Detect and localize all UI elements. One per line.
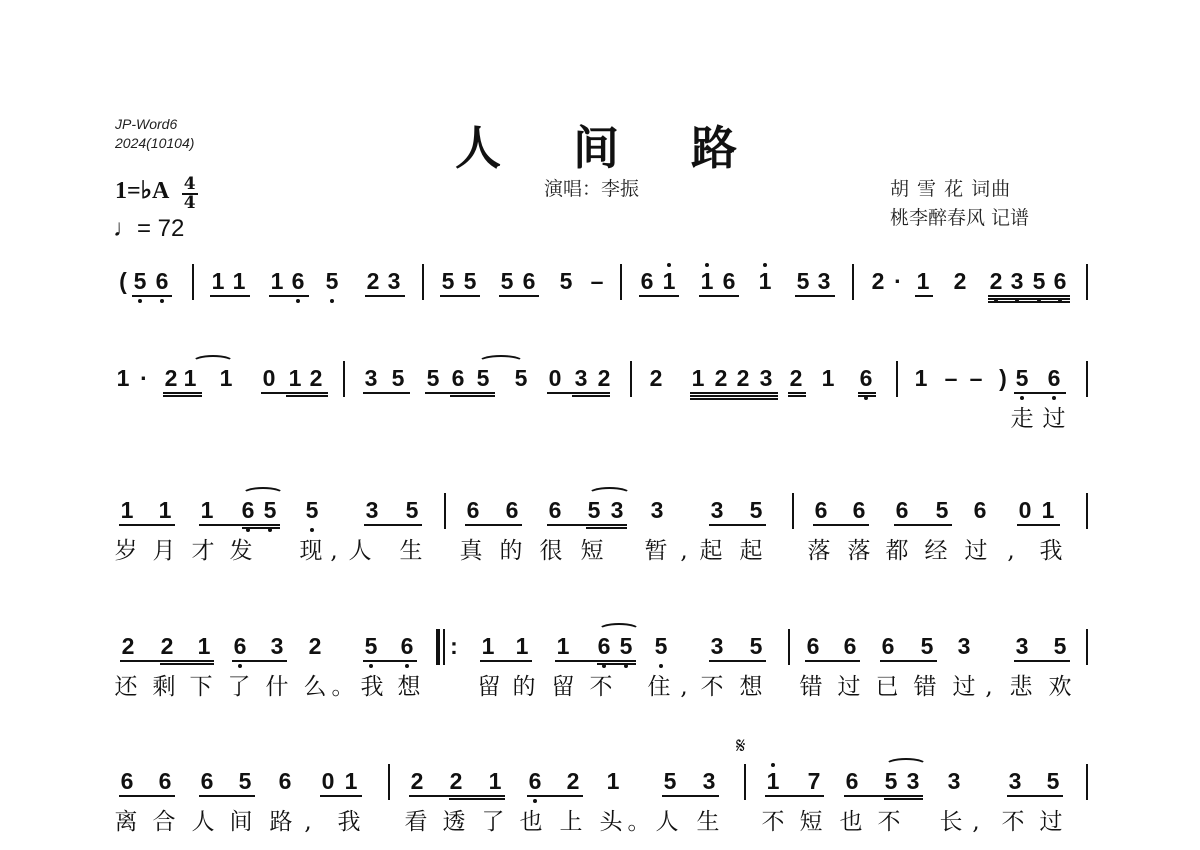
tie-arc bbox=[588, 487, 631, 501]
beam-underline bbox=[132, 295, 172, 297]
low-octave-dot bbox=[1020, 396, 1024, 400]
lyric: 错 bbox=[796, 673, 826, 701]
beam-underline bbox=[210, 295, 250, 297]
lyric: 剩 bbox=[149, 673, 179, 701]
low-octave-dot bbox=[533, 799, 537, 803]
note: 3 bbox=[946, 768, 962, 794]
beam-underline bbox=[988, 301, 1070, 303]
note: – bbox=[943, 365, 959, 391]
note: · bbox=[890, 268, 906, 294]
note: 6 bbox=[972, 497, 988, 523]
note: 2 bbox=[788, 365, 804, 391]
page-title: 人间路 bbox=[455, 112, 809, 178]
lyric: 什 bbox=[262, 673, 292, 701]
beam-underline bbox=[572, 392, 610, 394]
beam-underline bbox=[662, 795, 719, 797]
note: 1 bbox=[287, 365, 303, 391]
repeat-barline-thick bbox=[436, 629, 440, 665]
note: 3 bbox=[269, 633, 285, 659]
lyric: , bbox=[669, 537, 699, 565]
beam-underline bbox=[586, 527, 627, 529]
tie-arc bbox=[192, 355, 234, 369]
note: 6 bbox=[119, 768, 135, 794]
note: 2 bbox=[159, 633, 175, 659]
lyric: 经 bbox=[921, 537, 951, 565]
note: 5 bbox=[1031, 268, 1047, 294]
beam-underline bbox=[163, 395, 202, 397]
beam-underline bbox=[765, 795, 824, 797]
low-octave-dot bbox=[369, 664, 373, 668]
low-octave-dot bbox=[405, 664, 409, 668]
note: 6 bbox=[880, 633, 896, 659]
beam-underline bbox=[232, 660, 287, 662]
note: 5 bbox=[425, 365, 441, 391]
lyric: 想 bbox=[394, 673, 424, 701]
note: 2 bbox=[120, 633, 136, 659]
note: 2 bbox=[648, 365, 664, 391]
note: 6 bbox=[858, 365, 874, 391]
note: 1 bbox=[605, 768, 621, 794]
note: 6 bbox=[813, 497, 829, 523]
note: 6 bbox=[277, 768, 293, 794]
low-octave-dot bbox=[330, 299, 334, 303]
note: – bbox=[589, 268, 605, 294]
note: 6 bbox=[721, 268, 737, 294]
barline bbox=[1086, 361, 1088, 397]
note: 3 bbox=[649, 497, 665, 523]
beam-underline bbox=[597, 663, 636, 665]
note: 5 bbox=[919, 633, 935, 659]
lyric: 起 bbox=[736, 537, 766, 565]
note: 1 bbox=[820, 365, 836, 391]
repeat-colon: : bbox=[446, 633, 462, 659]
segno-icon: 𝄋 bbox=[736, 734, 745, 759]
beam-underline bbox=[269, 295, 309, 297]
note: 5 bbox=[304, 497, 320, 523]
lyric: 真 bbox=[456, 537, 486, 565]
note: 5 bbox=[404, 497, 420, 523]
beam-underline bbox=[813, 524, 869, 526]
beam-underline bbox=[440, 295, 480, 297]
low-octave-dot bbox=[238, 664, 242, 668]
note: 5 bbox=[558, 268, 574, 294]
note: 3 bbox=[709, 633, 725, 659]
note: 1 bbox=[661, 268, 677, 294]
lyric: 错 bbox=[910, 673, 940, 701]
note: 3 bbox=[573, 365, 589, 391]
note: 6 bbox=[894, 497, 910, 523]
beam-underline bbox=[690, 395, 778, 397]
beam-underline bbox=[480, 660, 532, 662]
beam-underline bbox=[242, 524, 280, 526]
note: 6 bbox=[154, 268, 170, 294]
note: 5 bbox=[795, 268, 811, 294]
note: 5 bbox=[324, 268, 340, 294]
note: 3 bbox=[1009, 268, 1025, 294]
beam-underline bbox=[286, 395, 328, 397]
lyric: 欢 bbox=[1045, 673, 1075, 701]
note: 1 bbox=[115, 365, 131, 391]
note: 1 bbox=[196, 633, 212, 659]
key-label: 1=♭A bbox=[115, 178, 169, 204]
lyric: 合 bbox=[149, 808, 179, 836]
note: 5 bbox=[363, 633, 379, 659]
note: 5 bbox=[662, 768, 678, 794]
high-octave-dot bbox=[667, 263, 671, 267]
note: 5 bbox=[1052, 633, 1068, 659]
beam-underline bbox=[880, 660, 937, 662]
note: 1 bbox=[210, 268, 226, 294]
high-octave-dot bbox=[763, 263, 767, 267]
beam-underline bbox=[320, 795, 362, 797]
low-octave-dot bbox=[1052, 396, 1056, 400]
lyric: , bbox=[996, 537, 1026, 565]
note: 5 bbox=[1014, 365, 1030, 391]
note: 5 bbox=[748, 633, 764, 659]
note: ) bbox=[995, 365, 1011, 391]
note: 0 bbox=[261, 365, 277, 391]
barline bbox=[630, 361, 632, 397]
lyric: 不 bbox=[874, 808, 904, 836]
note: 0 bbox=[547, 365, 563, 391]
beam-underline bbox=[449, 798, 505, 800]
lyric: 透 bbox=[439, 808, 469, 836]
high-octave-dot bbox=[771, 763, 775, 767]
barline bbox=[788, 629, 790, 665]
software-label: JP-Word6 bbox=[115, 116, 177, 133]
note: 5 bbox=[1045, 768, 1061, 794]
lyric: 才 bbox=[188, 537, 218, 565]
beam-underline bbox=[1014, 660, 1070, 662]
note: 2 bbox=[163, 365, 179, 391]
note: 1 bbox=[555, 633, 571, 659]
beam-underline bbox=[160, 663, 214, 665]
note: 6 bbox=[465, 497, 481, 523]
beam-underline bbox=[286, 392, 328, 394]
lyric: 生 bbox=[693, 808, 723, 836]
lyric: 短 bbox=[577, 537, 607, 565]
lyric: 我 bbox=[334, 808, 364, 836]
note: 1 bbox=[487, 768, 503, 794]
barline bbox=[1086, 764, 1088, 800]
lyric: 我 bbox=[357, 673, 387, 701]
note: 2 bbox=[409, 768, 425, 794]
barline bbox=[343, 361, 345, 397]
lyric: 也 bbox=[516, 808, 546, 836]
lyric: 过 bbox=[1039, 405, 1069, 433]
note: 5 bbox=[390, 365, 406, 391]
beam-underline bbox=[465, 524, 522, 526]
note: 2 bbox=[448, 768, 464, 794]
beam-underline bbox=[199, 795, 255, 797]
note: 1 bbox=[514, 633, 530, 659]
tie-arc bbox=[598, 623, 640, 637]
beam-underline bbox=[450, 395, 495, 397]
beam-underline bbox=[988, 295, 1070, 297]
lyric: 过 bbox=[1036, 808, 1066, 836]
note: 5 bbox=[653, 633, 669, 659]
note: 1 bbox=[199, 497, 215, 523]
low-octave-dot bbox=[138, 299, 142, 303]
tie-arc bbox=[478, 355, 524, 369]
barline bbox=[422, 264, 424, 300]
note: 1 bbox=[913, 365, 929, 391]
note: 1 bbox=[480, 633, 496, 659]
note: 1 bbox=[231, 268, 247, 294]
lyric: 了 bbox=[224, 673, 254, 701]
beam-underline bbox=[160, 660, 214, 662]
beam-underline bbox=[119, 524, 175, 526]
note: 1 bbox=[269, 268, 285, 294]
lyric: 都 bbox=[882, 537, 912, 565]
note: 3 bbox=[1007, 768, 1023, 794]
note: 2 bbox=[308, 365, 324, 391]
lyric: 上 bbox=[556, 808, 586, 836]
beam-underline bbox=[1007, 795, 1063, 797]
note: – bbox=[968, 365, 984, 391]
note: 6 bbox=[232, 633, 248, 659]
barline bbox=[1086, 493, 1088, 529]
note: 6 bbox=[157, 768, 173, 794]
beam-underline bbox=[915, 295, 933, 297]
lyric: 人 bbox=[188, 808, 218, 836]
beam-underline bbox=[119, 795, 175, 797]
lyric: 看 bbox=[401, 808, 431, 836]
note: 1 bbox=[343, 768, 359, 794]
tie-arc bbox=[242, 487, 284, 501]
beam-underline bbox=[597, 660, 636, 662]
lyric: 岁 bbox=[111, 537, 141, 565]
beam-underline bbox=[884, 795, 923, 797]
beam-underline bbox=[788, 395, 806, 397]
barline bbox=[1086, 264, 1088, 300]
lyric: , bbox=[974, 673, 1004, 701]
lyric: 想 bbox=[736, 673, 766, 701]
beam-underline bbox=[1017, 524, 1060, 526]
beam-underline bbox=[365, 295, 405, 297]
lyric: 不 bbox=[586, 673, 616, 701]
note: 0 bbox=[1017, 497, 1033, 523]
note: 6 bbox=[199, 768, 215, 794]
note: 3 bbox=[701, 768, 717, 794]
note: 6 bbox=[844, 768, 860, 794]
note: 5 bbox=[499, 268, 515, 294]
lyric: 间 bbox=[226, 808, 256, 836]
lyric: 已 bbox=[872, 673, 902, 701]
beam-underline bbox=[805, 660, 860, 662]
lyric: 过 bbox=[961, 537, 991, 565]
lyric: 悲 bbox=[1006, 673, 1036, 701]
lyric: 生 bbox=[396, 537, 426, 565]
beam-underline bbox=[363, 660, 417, 662]
note: 1 bbox=[690, 365, 706, 391]
note: 3 bbox=[386, 268, 402, 294]
singer-credit: 演唱：李振 bbox=[544, 174, 639, 201]
beam-underline bbox=[858, 392, 876, 394]
lyric: 的 bbox=[509, 673, 539, 701]
note: 2 bbox=[307, 633, 323, 659]
lyric: 不 bbox=[758, 808, 788, 836]
note: 2 bbox=[988, 268, 1004, 294]
note: 1 bbox=[915, 268, 931, 294]
note: 5 bbox=[748, 497, 764, 523]
tie-arc bbox=[885, 758, 927, 772]
high-octave-dot bbox=[705, 263, 709, 267]
beam-underline bbox=[1014, 392, 1066, 394]
beam-underline bbox=[988, 298, 1070, 300]
note: 1 bbox=[757, 268, 773, 294]
lyric: 。 bbox=[328, 673, 358, 701]
note: 3 bbox=[956, 633, 972, 659]
software-version: 2024(10104) bbox=[115, 135, 194, 152]
note: 3 bbox=[1014, 633, 1030, 659]
note: 6 bbox=[639, 268, 655, 294]
barline bbox=[444, 493, 446, 529]
lyric: 月 bbox=[149, 537, 179, 565]
beam-underline bbox=[709, 660, 766, 662]
note: 7 bbox=[806, 768, 822, 794]
note: 5 bbox=[934, 497, 950, 523]
lyric: 也 bbox=[836, 808, 866, 836]
beam-underline bbox=[788, 392, 806, 394]
lyric: 不 bbox=[998, 808, 1028, 836]
lyric: 留 bbox=[474, 673, 504, 701]
lyric: 留 bbox=[548, 673, 578, 701]
beam-underline bbox=[572, 395, 610, 397]
repeat-barline-thin bbox=[443, 629, 445, 665]
lyric: 下 bbox=[186, 673, 216, 701]
note: 5 bbox=[440, 268, 456, 294]
note: 1 bbox=[119, 497, 135, 523]
note: 6 bbox=[504, 497, 520, 523]
time-sig-bottom: 4 bbox=[182, 195, 198, 212]
note: 6 bbox=[842, 633, 858, 659]
note: 6 bbox=[1052, 268, 1068, 294]
note: 0 bbox=[320, 768, 336, 794]
note: 6 bbox=[805, 633, 821, 659]
lyric: 很 bbox=[536, 537, 566, 565]
lyric: 走 bbox=[1007, 405, 1037, 433]
beam-underline bbox=[527, 795, 583, 797]
low-octave-dot bbox=[296, 299, 300, 303]
note: 6 bbox=[547, 497, 563, 523]
note: 5 bbox=[462, 268, 478, 294]
note: 1 bbox=[157, 497, 173, 523]
note: ( bbox=[115, 268, 131, 294]
beam-underline bbox=[795, 295, 835, 297]
note: 3 bbox=[363, 365, 379, 391]
note: 2 bbox=[365, 268, 381, 294]
lyric: 短 bbox=[796, 808, 826, 836]
lyric: , bbox=[293, 808, 323, 836]
beam-underline bbox=[242, 527, 280, 529]
note: 3 bbox=[709, 497, 725, 523]
note: 6 bbox=[399, 633, 415, 659]
beam-underline bbox=[884, 798, 923, 800]
composer-credit: 胡 雪 花 词曲 bbox=[890, 174, 1011, 201]
note: 1 bbox=[1040, 497, 1056, 523]
beam-underline bbox=[690, 398, 778, 400]
note: 2 bbox=[870, 268, 886, 294]
barline bbox=[192, 264, 194, 300]
key-signature: 1=♭A 4 4 bbox=[115, 176, 198, 212]
lyric: 离 bbox=[111, 808, 141, 836]
note: 1 bbox=[765, 768, 781, 794]
low-octave-dot bbox=[160, 299, 164, 303]
beam-underline bbox=[363, 392, 410, 394]
lyric: 人 bbox=[652, 808, 682, 836]
lyric: 的 bbox=[496, 537, 526, 565]
note: 6 bbox=[290, 268, 306, 294]
barline bbox=[852, 264, 854, 300]
beam-underline bbox=[690, 392, 778, 394]
tempo-marking: ♩= 72 bbox=[113, 215, 184, 243]
beam-underline bbox=[709, 524, 766, 526]
lyric: 发 bbox=[226, 537, 256, 565]
lyric: 我 bbox=[1036, 537, 1066, 565]
note: 2 bbox=[713, 365, 729, 391]
beam-underline bbox=[364, 524, 422, 526]
note: 6 bbox=[1046, 365, 1062, 391]
lyric: 落 bbox=[804, 537, 834, 565]
note: 6 bbox=[527, 768, 543, 794]
note: 6 bbox=[521, 268, 537, 294]
lyric: 起 bbox=[696, 537, 726, 565]
barline bbox=[1086, 629, 1088, 665]
lyric: 了 bbox=[478, 808, 508, 836]
lyric: 么 bbox=[300, 673, 330, 701]
note: 2 bbox=[596, 365, 612, 391]
note: 3 bbox=[758, 365, 774, 391]
lyric: 落 bbox=[844, 537, 874, 565]
beam-underline bbox=[586, 524, 627, 526]
note: 6 bbox=[851, 497, 867, 523]
beam-underline bbox=[449, 795, 505, 797]
beam-underline bbox=[894, 524, 952, 526]
lyric: 。 bbox=[624, 808, 654, 836]
note: 5 bbox=[237, 768, 253, 794]
barline bbox=[744, 764, 746, 800]
note: 2 bbox=[565, 768, 581, 794]
barline bbox=[896, 361, 898, 397]
time-signature: 4 4 bbox=[182, 176, 198, 212]
note: 2 bbox=[735, 365, 751, 391]
note: · bbox=[136, 365, 152, 391]
beam-underline bbox=[450, 392, 495, 394]
beam-underline bbox=[639, 295, 679, 297]
note: 3 bbox=[364, 497, 380, 523]
note: 5 bbox=[132, 268, 148, 294]
lyric: 头 bbox=[596, 808, 626, 836]
barline bbox=[388, 764, 390, 800]
beam-underline bbox=[699, 295, 739, 297]
lyric: , bbox=[961, 808, 991, 836]
note: 1 bbox=[699, 268, 715, 294]
lyric: 暂 bbox=[641, 537, 671, 565]
lyric: 过 bbox=[834, 673, 864, 701]
beam-underline bbox=[499, 295, 539, 297]
lyric: 不 bbox=[697, 673, 727, 701]
note: 2 bbox=[952, 268, 968, 294]
note: 6 bbox=[450, 365, 466, 391]
low-octave-dot bbox=[659, 664, 663, 668]
lyric: 路 bbox=[266, 808, 296, 836]
low-octave-dot bbox=[310, 528, 314, 532]
transcriber-credit: 桃李醉春风 记谱 bbox=[890, 203, 1029, 230]
lyric: 人 bbox=[345, 537, 375, 565]
note: 3 bbox=[816, 268, 832, 294]
beam-underline bbox=[163, 392, 202, 394]
